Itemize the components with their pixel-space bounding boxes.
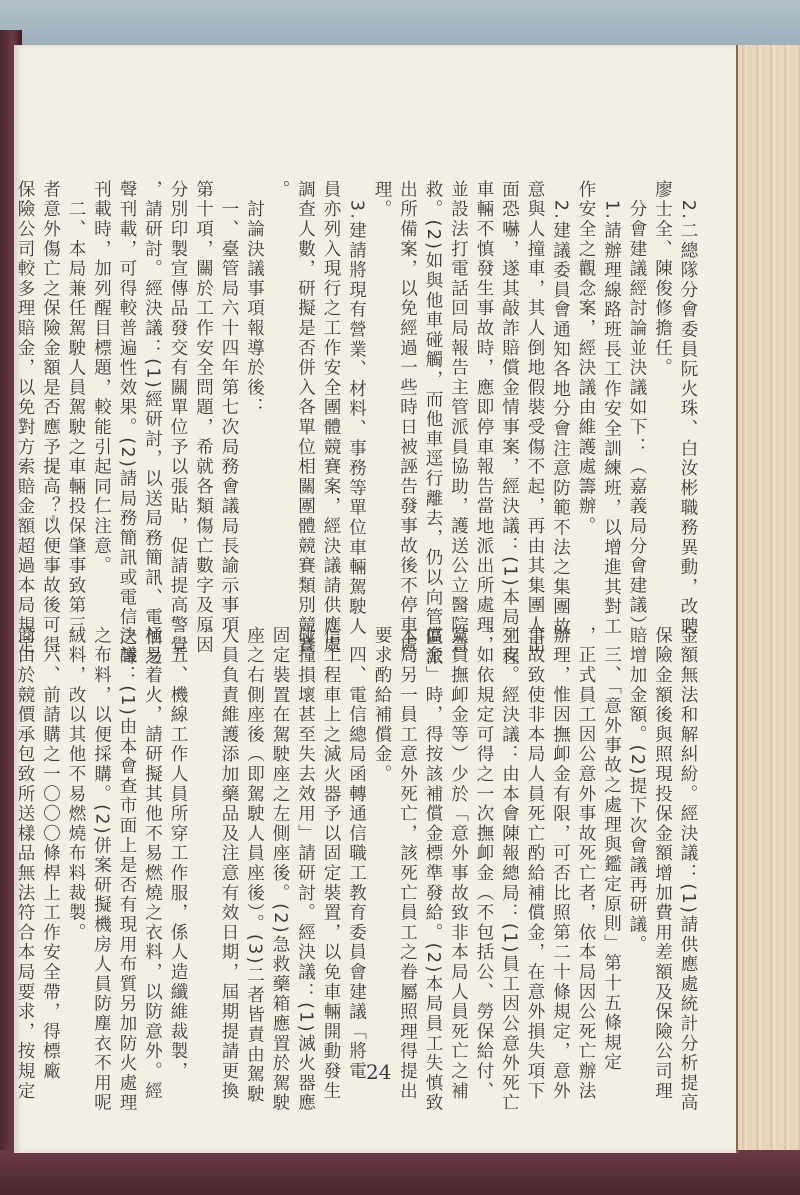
text-column: 賠增加金額。(2)提下次會議再研議。	[624, 626, 650, 1036]
text-column: 二、本局兼任駕駛人員駕駛之車輛投保肇事致第三	[63, 180, 89, 620]
text-column: 分別印製宣傳品發交有關單位予以張貼，促請提高警覺	[165, 180, 191, 620]
text-column: 本局另一員工意外死亡，該死亡員工之眷屬照理得提出	[394, 626, 420, 1036]
text-column: 刊載時，加列醒目標題，較能引起同仁注意。	[88, 180, 114, 620]
text-column: 要求酌給補償金。	[369, 626, 395, 1036]
text-column: 列支。經決議：由本會陳報總局：(1)員工因公意外死亡	[496, 626, 522, 1036]
upper-text-block: 2.二總隊分會委員阮火珠、白汝彬職務異動，改聘 廖士全、陳俊修擔任。 分會建議經…	[12, 180, 701, 620]
text-column: 決議：(1)由本會查市面上是否有現用布質另加防火處理	[114, 626, 140, 1036]
text-column: 黨員撫卹金等）少於「意外事故致非本局人員死亡之補	[445, 626, 471, 1036]
text-column: ，請研討。經決議：(1)經研討，以送局務簡訊、電信之	[139, 180, 165, 620]
text-column: 車輛不慎發生事故時，應即停車報告當地派出所處理，	[471, 180, 497, 620]
section-heading: 討論決議事項報導於後：	[241, 180, 267, 620]
text-column: 聲刊載，可得較普遍性效果。(2)請局務簡訊或電信之聲	[114, 180, 140, 620]
text-column: 員亦列入現行之工作安全團體競賽案，經決議請供應處	[318, 180, 344, 620]
text-column: 保險金額後與照現投保金額增加費用差額及保險公司理	[649, 626, 675, 1036]
text-column: 2.建議委員會通知各地分會注意防範不法之集團故	[547, 180, 573, 620]
text-column: 作安全之觀念案，經決議由維護處籌辦。	[573, 180, 599, 620]
text-column: 一、臺管局六十四年第七次局務會議局長諭示事項	[216, 180, 242, 620]
text-column: 。	[190, 626, 216, 1036]
text-column: 三、「意外事故之處理與鑑定原則」第十五條規定	[598, 626, 624, 1036]
text-column: 2.二總隊分會委員阮火珠、白汝彬職務異動，改聘	[675, 180, 701, 620]
text-column: 金額無法和解糾紛。經決議：(1)請供應處統計分析提高	[675, 626, 701, 1036]
text-column: 絨料，改以其他不易燃燒布料裁製。	[63, 626, 89, 1036]
book-cover-bottom-edge	[0, 1150, 800, 1195]
text-column: 座之右側座後（即駕駛人員座後）。(3)二者皆責由駕駛	[241, 626, 267, 1036]
text-column: 辦理，惟因撫卹金有限，可否比照第二十條規定，意外	[547, 626, 573, 1036]
text-column: 信工程車上之滅火器予以固定裝置，以免車輛開動發生	[318, 626, 344, 1036]
text-column: 出所備案，以免經過一些時日被誣告發事故後不停車處	[394, 180, 420, 620]
text-column: 六、前請購之一〇〇〇條桿上工作安全帶，得標廠	[37, 626, 63, 1036]
text-column: 償金」時，得按該補償金標準發給。(2)本局員工失慎致	[420, 626, 446, 1036]
lower-text-block: 金額無法和解糾紛。經決議：(1)請供應處統計分析提高 保險金額後與照現投保金額增…	[12, 626, 701, 1036]
text-column: 人員負責維護添加藥品及注意有效日期，屆期提請更換	[216, 626, 242, 1036]
text-column: ，正式員工因公意外事故死亡者，依本局因公死亡辦法	[573, 626, 599, 1036]
text-column: 意與人撞車，其人倒地假裝受傷不起，再由其集團人出	[522, 180, 548, 620]
text-column: 調查人數，研擬是否併入各單位相關團體競賽類別競賽	[292, 180, 318, 620]
text-column: 事故致使非本局人員死亡酌給補償金，在意外損失項下	[522, 626, 548, 1036]
text-column: 者意外傷亡之保險金額是否應予提高？以便事故後可得	[37, 180, 63, 620]
text-column: 四、電信總局函轉通信職工教育委員會建議「將電	[343, 626, 369, 1036]
text-column: 廖士全、陳俊修擔任。	[649, 180, 675, 620]
text-column: 理。	[369, 180, 395, 620]
text-column: 極易着火，請研擬其他不易燃燒之衣料，以防意外。經	[139, 626, 165, 1036]
book-page-edges	[735, 45, 800, 1185]
text-column: 面恐嚇，遂其敲詐賠償金情事案，經決議：(1)本局工程	[496, 180, 522, 620]
text-column: 之布料，以便採購。(2)併案研擬機房人員防塵衣不用呢	[88, 626, 114, 1036]
text-column: 並設法打電話回局報告主管派員協助，護送公立醫院急	[445, 180, 471, 620]
text-column: 1.請辦理線路班長工作安全訓練班，以增進其對工	[598, 180, 624, 620]
text-column: 救。(2)如與他車碰觸，而他車逕行離去，仍以向管區派	[420, 180, 446, 620]
text-column: 商由於競價承包致所送樣品無法符合本局要求，按規定	[12, 626, 38, 1036]
text-column: 保險公司較多理賠金，以免對方索賠金額超過本局規定	[12, 180, 38, 620]
text-column: 固定裝置在駕駛座之左側座後。(2)急救藥箱應置於駕駛	[267, 626, 293, 1036]
page-number: 24	[366, 1060, 391, 1084]
scanner-background	[0, 0, 800, 45]
text-column: 3.建請將現有營業、材料、事務等單位車輛駕駛人	[343, 180, 369, 620]
text-column: 第十項，關於工作安全問題，希就各類傷亡數字及原因	[190, 180, 216, 620]
text-column: 碰撞損壞甚至失去效用」請研討。經決議：(1)滅火器應	[292, 626, 318, 1036]
text-column: 。	[267, 180, 293, 620]
text-column: 五、機線工作人員所穿工作服，係人造纖維裁製，	[165, 626, 191, 1036]
text-column: ，如依規定可得之一次撫卹金（不包括公、勞保給付、	[471, 626, 497, 1036]
text-column: 分會建議經討論並決議如下：（嘉義局分會建議）	[624, 180, 650, 620]
